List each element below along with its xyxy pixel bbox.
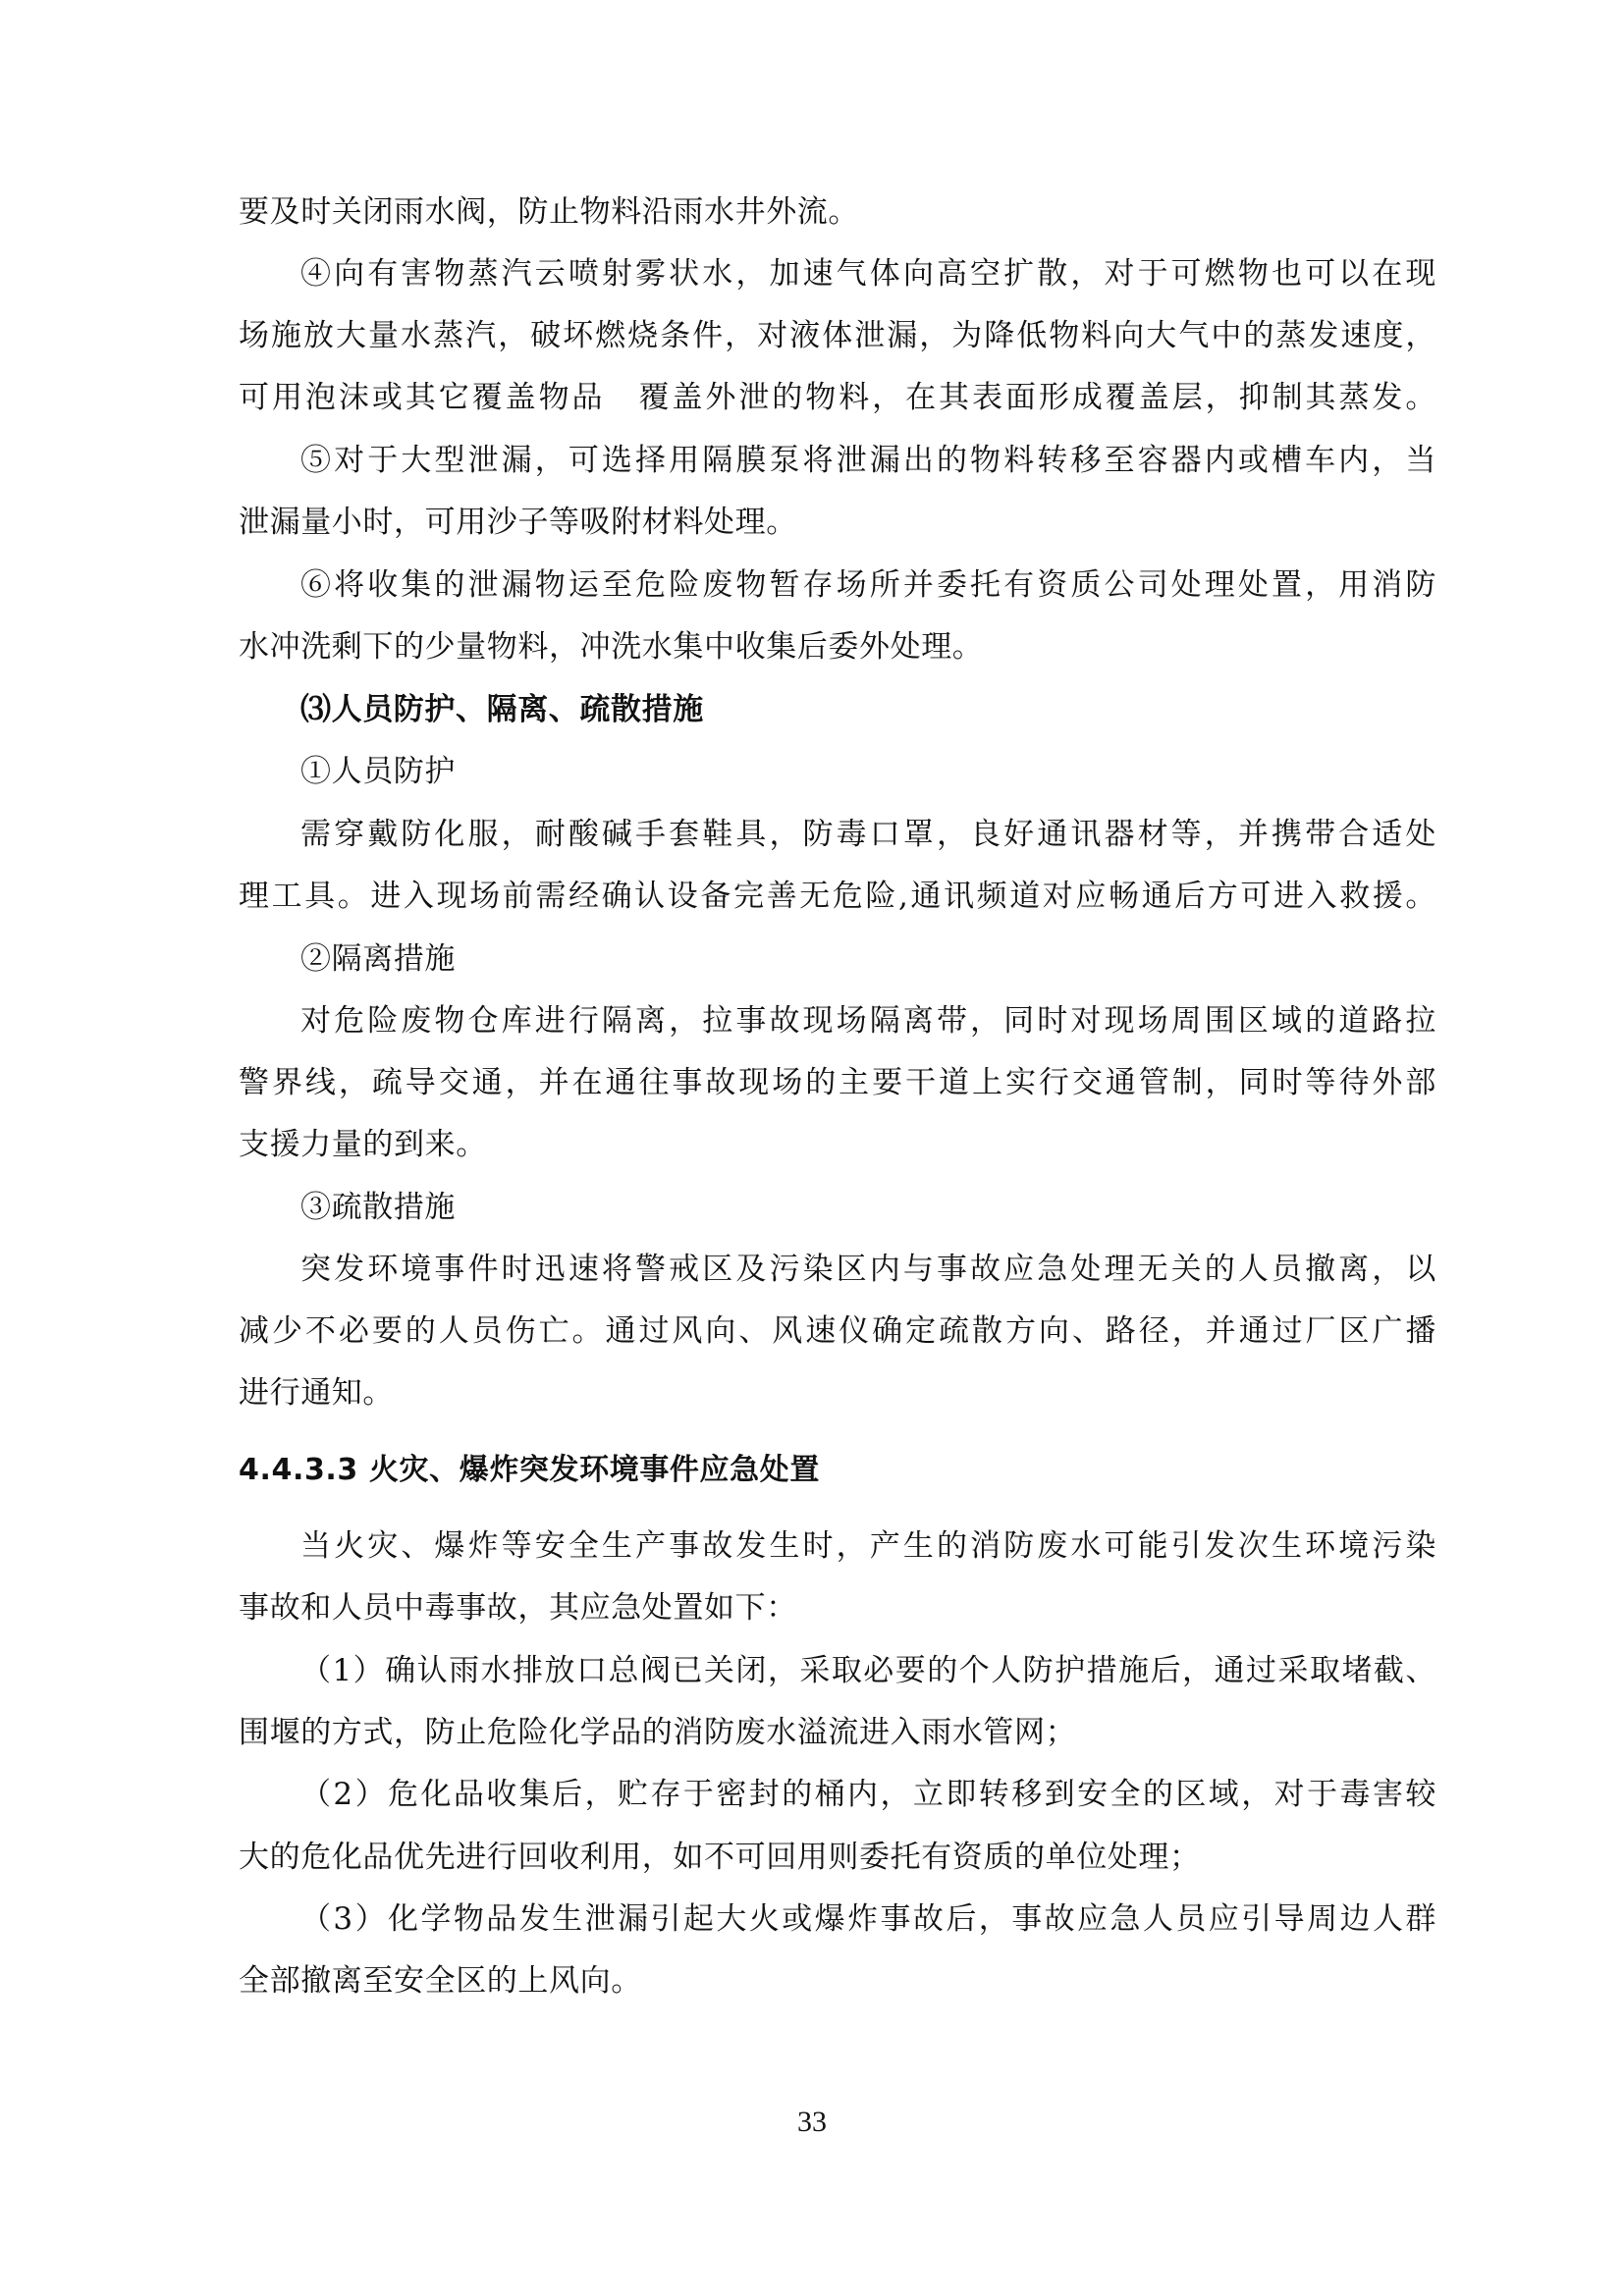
section-heading-personnel-protection: ⑶人员防护、隔离、疏散措施	[300, 690, 1436, 729]
paragraph-line: 水冲洗剩下的少量物料，冲洗水集中收集后委外处理。	[239, 627, 1436, 667]
paragraph-line: 对危险废物仓库进行隔离，拉事故现场隔离带，同时对现场周围区域的道路拉	[300, 1001, 1436, 1041]
paragraph-line: 可用泡沫或其它覆盖物品 覆盖外泄的物料，在其表面形成覆盖层，抑制其蒸发。	[239, 378, 1436, 417]
page-number: 33	[0, 2106, 1624, 2139]
paragraph-line: 理工具。进入现场前需经确认设备完善无危险,通讯频道对应畅通后方可进入救援。	[239, 877, 1436, 916]
paragraph-line-item-5: ⑤对于大型泄漏，可选择用隔膜泵将泄漏出的物料转移至容器内或槽车内，当	[300, 441, 1436, 480]
subheading-isolation: ②隔离措施	[300, 939, 1436, 979]
paragraph-line: 事故和人员中毒事故，其应急处置如下：	[239, 1588, 1436, 1628]
paragraph-line-item-4: ④向有害物蒸汽云喷射雾状水，加速气体向高空扩散，对于可燃物也可以在现	[300, 254, 1436, 294]
paragraph-line: 泄漏量小时，可用沙子等吸附材料处理。	[239, 503, 1436, 542]
paragraph-line: 场施放大量水蒸汽，破坏燃烧条件，对液体泄漏，为降低物料向大气中的蒸发速度，	[239, 316, 1436, 355]
list-item-1: （1）确认雨水排放口总阀已关闭，采取必要的个人防护措施后，通过采取堵截、	[300, 1651, 1436, 1690]
paragraph-line: 支援力量的到来。	[239, 1125, 1436, 1164]
list-item-2: （2）危化品收集后，贮存于密封的桶内，立即转移到安全的区域，对于毒害较	[300, 1775, 1436, 1814]
subheading-personal-protection: ①人员防护	[300, 752, 1436, 791]
paragraph-line: 需穿戴防化服，耐酸碱手套鞋具，防毒口罩，良好通讯器材等，并携带合适处	[300, 815, 1436, 854]
subheading-evacuation: ③疏散措施	[300, 1188, 1436, 1227]
paragraph-line: 当火灾、爆炸等安全生产事故发生时，产生的消防废水可能引发次生环境污染	[300, 1526, 1436, 1566]
paragraph-line: 突发环境事件时迅速将警戒区及污染区内与事故应急处理无关的人员撤离，以	[300, 1250, 1436, 1289]
paragraph-line: 围堰的方式，防止危险化学品的消防废水溢流进入雨水管网；	[239, 1713, 1436, 1752]
section-heading-4433: 4.4.3.3 火灾、爆炸突发环境事件应急处置	[239, 1451, 1436, 1490]
paragraph-line: 大的危化品优先进行回收利用，如不可回用则委托有资质的单位处理；	[239, 1838, 1436, 1877]
list-item-3: （3）化学物品发生泄漏引起大火或爆炸事故后，事故应急人员应引导周边人群	[300, 1899, 1436, 1939]
paragraph-line: 减少不必要的人员伤亡。通过风向、风速仪确定疏散方向、路径，并通过厂区广播	[239, 1311, 1436, 1351]
paragraph-line: 进行通知。	[239, 1373, 1436, 1413]
paragraph-line: 全部撤离至安全区的上风向。	[239, 1961, 1436, 2001]
paragraph-line: 警界线，疏导交通，并在通往事故现场的主要干道上实行交通管制，同时等待外部	[239, 1063, 1436, 1102]
document-page: 要及时关闭雨水阀，防止物料沿雨水井外流。 ④向有害物蒸汽云喷射雾状水，加速气体向…	[0, 0, 1624, 2296]
paragraph-line-item-6: ⑥将收集的泄漏物运至危险废物暂存场所并委托有资质公司处理处置，用消防	[300, 565, 1436, 605]
paragraph-line: 要及时关闭雨水阀，防止物料沿雨水井外流。	[239, 192, 1436, 232]
